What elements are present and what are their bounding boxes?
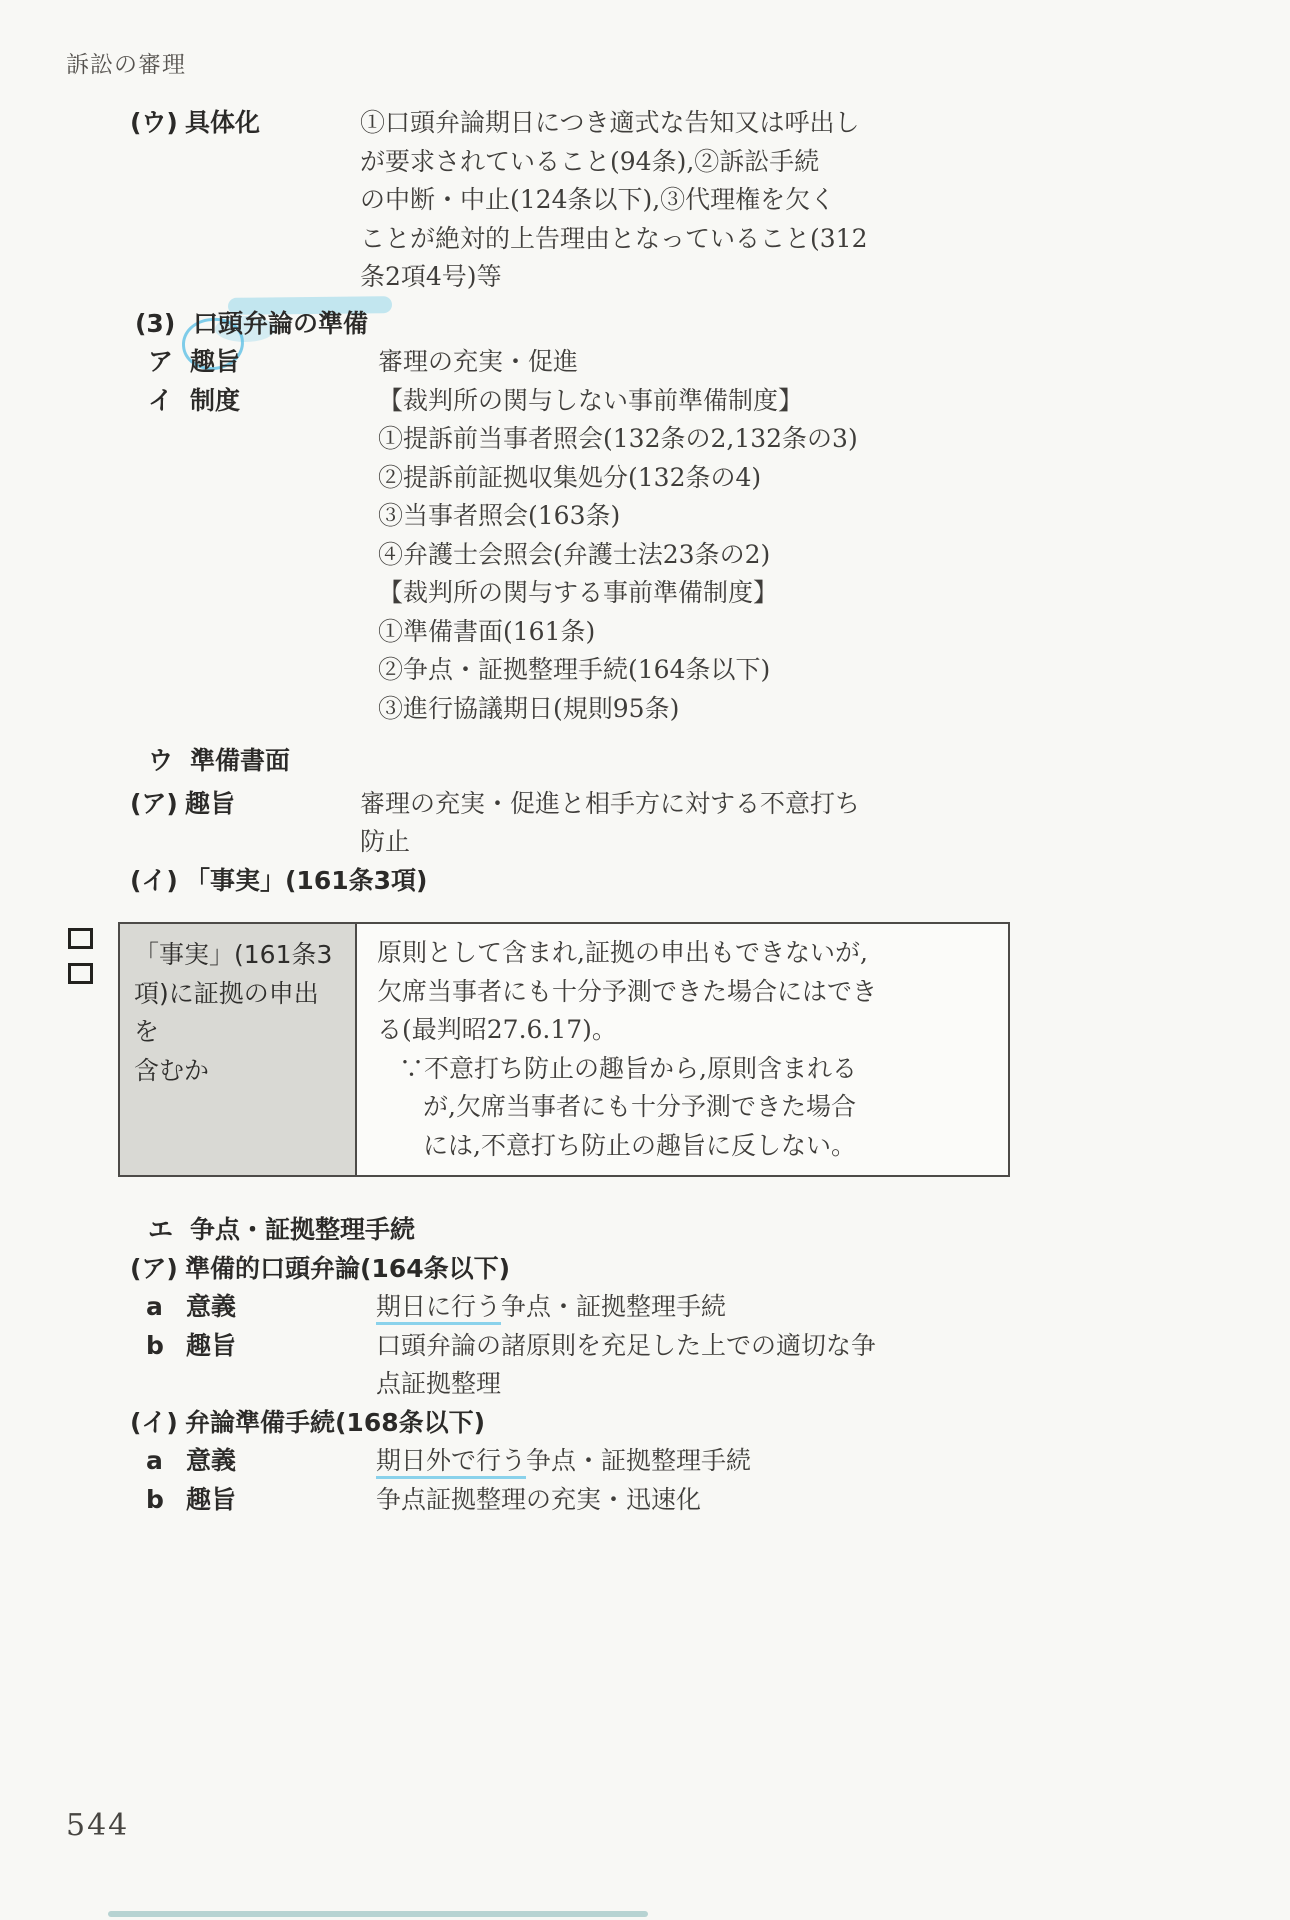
row-label: (ウ) 具体化	[130, 104, 360, 143]
item-marker: エ	[148, 1211, 190, 1250]
row-label: b 趣旨	[130, 1327, 376, 1366]
text-rest: 争点・証拠整理手続	[526, 1446, 751, 1475]
item-marker: (イ)	[130, 1404, 185, 1443]
row-label: a 意義	[130, 1442, 376, 1481]
item-title: 具体化	[185, 104, 260, 143]
text-line: 口頭弁論の諸原則を充足した上での適切な争	[376, 1327, 1230, 1366]
row-body: 争点証拠整理の充実・迅速化	[376, 1481, 1230, 1520]
text-line: 期日外で行う争点・証拠整理手続	[376, 1442, 1230, 1481]
item-title: 趣旨	[190, 343, 240, 382]
outline-row-junbishomen: ウ 準備書面	[130, 742, 1230, 781]
row-label: イ 制度	[130, 382, 378, 421]
textbook-page: 訴訟の審理 (ウ) 具体化 ①口頭弁論期日につき適式な告知又は呼出し が要求され…	[0, 0, 1290, 1920]
outline-row-section3: (3) 口頭弁論の準備	[130, 305, 1230, 344]
answer-line: る(最判昭27.6.17)。	[377, 1011, 990, 1050]
outline-row-benron-junbi: (イ) 弁論準備手続(168条以下)	[130, 1404, 1230, 1443]
reason-line: には,不意打ち防止の趣旨に反しない。	[377, 1127, 990, 1166]
outline-row-shushi-kouto: ア 趣旨 審理の充実・促進	[130, 343, 1230, 382]
row-body: 口頭弁論の諸原則を充足した上での適切な争 点証拠整理	[376, 1327, 1230, 1404]
question-line: 含むか	[134, 1052, 341, 1091]
text-line: 期日に行う争点・証拠整理手続	[376, 1288, 1230, 1327]
item-title: 弁論準備手続(168条以下)	[185, 1404, 485, 1443]
item-title: 趣旨	[185, 785, 235, 824]
item-title: 趣旨	[186, 1327, 236, 1366]
text-line: が要求されていること(94条),②訴訟手続	[360, 143, 1230, 182]
table-answer-cell: 原則として含まれ,証拠の申出もできないが, 欠席当事者にも十分予測できた場合には…	[357, 924, 1008, 1175]
page-number: 544	[66, 1808, 129, 1843]
reason-line: が,欠席当事者にも十分予測できた場合	[377, 1088, 990, 1127]
answer-line: 原則として含まれ,証拠の申出もできないが,	[377, 934, 990, 973]
outline-row-shushi-junbi: (ア) 趣旨 審理の充実・促進と相手方に対する不意打ち 防止	[130, 785, 1230, 862]
underlined-text: 期日に行う	[376, 1292, 501, 1325]
row-label: (イ) 弁論準備手続(168条以下)	[130, 1404, 485, 1443]
reason-line: ∵不意打ち防止の趣旨から,原則含まれる	[377, 1050, 990, 1089]
row-body: ①口頭弁論期日につき適式な告知又は呼出し が要求されていること(94条),②訴訟…	[360, 104, 1230, 297]
text-line: 審理の充実・促進と相手方に対する不意打ち	[360, 785, 1230, 824]
text-line: 争点証拠整理の充実・迅速化	[376, 1481, 1230, 1520]
text-line: 【裁判所の関与する事前準備制度】	[378, 574, 1230, 613]
item-marker: b	[146, 1481, 186, 1520]
text-line: ①準備書面(161条)	[378, 613, 1230, 652]
outline-row-gutaika: (ウ) 具体化 ①口頭弁論期日につき適式な告知又は呼出し が要求されていること(…	[130, 104, 1230, 297]
item-title: 準備的口頭弁論(164条以下)	[185, 1250, 510, 1289]
text-line: ②争点・証拠整理手続(164条以下)	[378, 651, 1230, 690]
item-marker: a	[146, 1288, 186, 1327]
running-header: 訴訟の審理	[66, 46, 186, 79]
outline-row-shushi-jinsoku: b 趣旨 争点証拠整理の充実・迅速化	[130, 1481, 1230, 1520]
item-title: 趣旨	[186, 1481, 236, 1520]
item-marker: (イ)	[130, 862, 185, 901]
section-title: 口頭弁論の準備	[193, 305, 368, 344]
item-marker: (ウ)	[130, 104, 185, 143]
checkbox-icon	[68, 963, 93, 984]
outline-row-shushi-tekisetsu: b 趣旨 口頭弁論の諸原則を充足した上での適切な争 点証拠整理	[130, 1327, 1230, 1404]
table-question-cell: 「事実」(161条3 項)に証拠の申出を 含むか	[120, 924, 357, 1175]
text-line: ③当事者照会(163条)	[378, 497, 1230, 536]
row-label: エ 争点・証拠整理手続	[130, 1211, 415, 1250]
outline-row-seido: イ 制度 【裁判所の関与しない事前準備制度】 ①提訴前当事者照会(132条の2,…	[130, 382, 1230, 729]
text-line: の中断・中止(124条以下),③代理権を欠く	[360, 181, 1230, 220]
item-marker: ア	[148, 343, 190, 382]
item-title: 「事実」(161条3項)	[185, 862, 427, 901]
outline-row-junbiteki: (ア) 準備的口頭弁論(164条以下)	[130, 1250, 1230, 1289]
item-title: 意義	[186, 1442, 236, 1481]
item-title: 制度	[190, 382, 240, 421]
text-line: 点証拠整理	[376, 1365, 1230, 1404]
item-marker: (ア)	[130, 785, 185, 824]
row-body: 期日外で行う争点・証拠整理手続	[376, 1442, 1230, 1481]
row-label: (ア) 趣旨	[130, 785, 360, 824]
outline-row-igi-kijitsugai: a 意義 期日外で行う争点・証拠整理手続	[130, 1442, 1230, 1481]
row-label: (ア) 準備的口頭弁論(164条以下)	[130, 1250, 510, 1289]
outline-content: (ウ) 具体化 ①口頭弁論期日につき適式な告知又は呼出し が要求されていること(…	[130, 104, 1230, 1519]
row-body: 審理の充実・促進と相手方に対する不意打ち 防止	[360, 785, 1230, 862]
row-body: 審理の充実・促進	[378, 343, 1230, 382]
checkbox-icon	[68, 928, 93, 949]
row-body: 【裁判所の関与しない事前準備制度】 ①提訴前当事者照会(132条の2,132条の…	[378, 382, 1230, 729]
text-line: 防止	[360, 823, 1230, 862]
row-label: (イ) 「事実」(161条3項)	[130, 862, 427, 901]
memo-table-wrap: 「事実」(161条3 項)に証拠の申出を 含むか 原則として含まれ,証拠の申出も…	[118, 922, 1010, 1177]
question-line: 項)に証拠の申出を	[134, 975, 341, 1052]
scan-edge-artifact	[108, 1911, 648, 1917]
item-title: 準備書面	[190, 742, 290, 781]
outline-row-igi-kijitsu: a 意義 期日に行う争点・証拠整理手続	[130, 1288, 1230, 1327]
item-marker: b	[146, 1327, 186, 1366]
answer-line: 欠席当事者にも十分予測できた場合にはでき	[377, 973, 990, 1012]
item-marker: ウ	[148, 742, 190, 781]
item-marker: (3)	[135, 305, 193, 344]
item-marker: a	[146, 1442, 186, 1481]
text-line: ③進行協議期日(規則95条)	[378, 690, 1230, 729]
underlined-text: 期日外で行う	[376, 1446, 526, 1479]
row-body: 期日に行う争点・証拠整理手続	[376, 1288, 1230, 1327]
outline-row-jijitsu: (イ) 「事実」(161条3項)	[130, 862, 1230, 901]
row-label: ウ 準備書面	[130, 742, 378, 781]
item-marker: (ア)	[130, 1250, 185, 1289]
text-line: ことが絶対的上告理由となっていること(312	[360, 220, 1230, 259]
text-line: ①提訴前当事者照会(132条の2,132条の3)	[378, 420, 1230, 459]
item-title: 争点・証拠整理手続	[190, 1211, 415, 1250]
text-line: ④弁護士会照会(弁護士法23条の2)	[378, 536, 1230, 575]
question-line: 「事実」(161条3	[134, 936, 341, 975]
row-label: ア 趣旨	[130, 343, 378, 382]
text-line: 審理の充実・促進	[378, 343, 1230, 382]
row-label: (3) 口頭弁論の準備	[130, 305, 368, 344]
text-line: ①口頭弁論期日につき適式な告知又は呼出し	[360, 104, 1230, 143]
outline-row-soten-header: エ 争点・証拠整理手続	[130, 1211, 1230, 1250]
item-marker: イ	[148, 382, 190, 421]
text-line: 【裁判所の関与しない事前準備制度】	[378, 382, 1230, 421]
text-line: ②提訴前証拠収集処分(132条の4)	[378, 459, 1230, 498]
text-rest: 争点・証拠整理手続	[501, 1292, 726, 1321]
row-label: b 趣旨	[130, 1481, 376, 1520]
item-title: 意義	[186, 1288, 236, 1327]
memo-table: 「事実」(161条3 項)に証拠の申出を 含むか 原則として含まれ,証拠の申出も…	[118, 922, 1010, 1177]
text-line: 条2項4号)等	[360, 258, 1230, 297]
row-label: a 意義	[130, 1288, 376, 1327]
